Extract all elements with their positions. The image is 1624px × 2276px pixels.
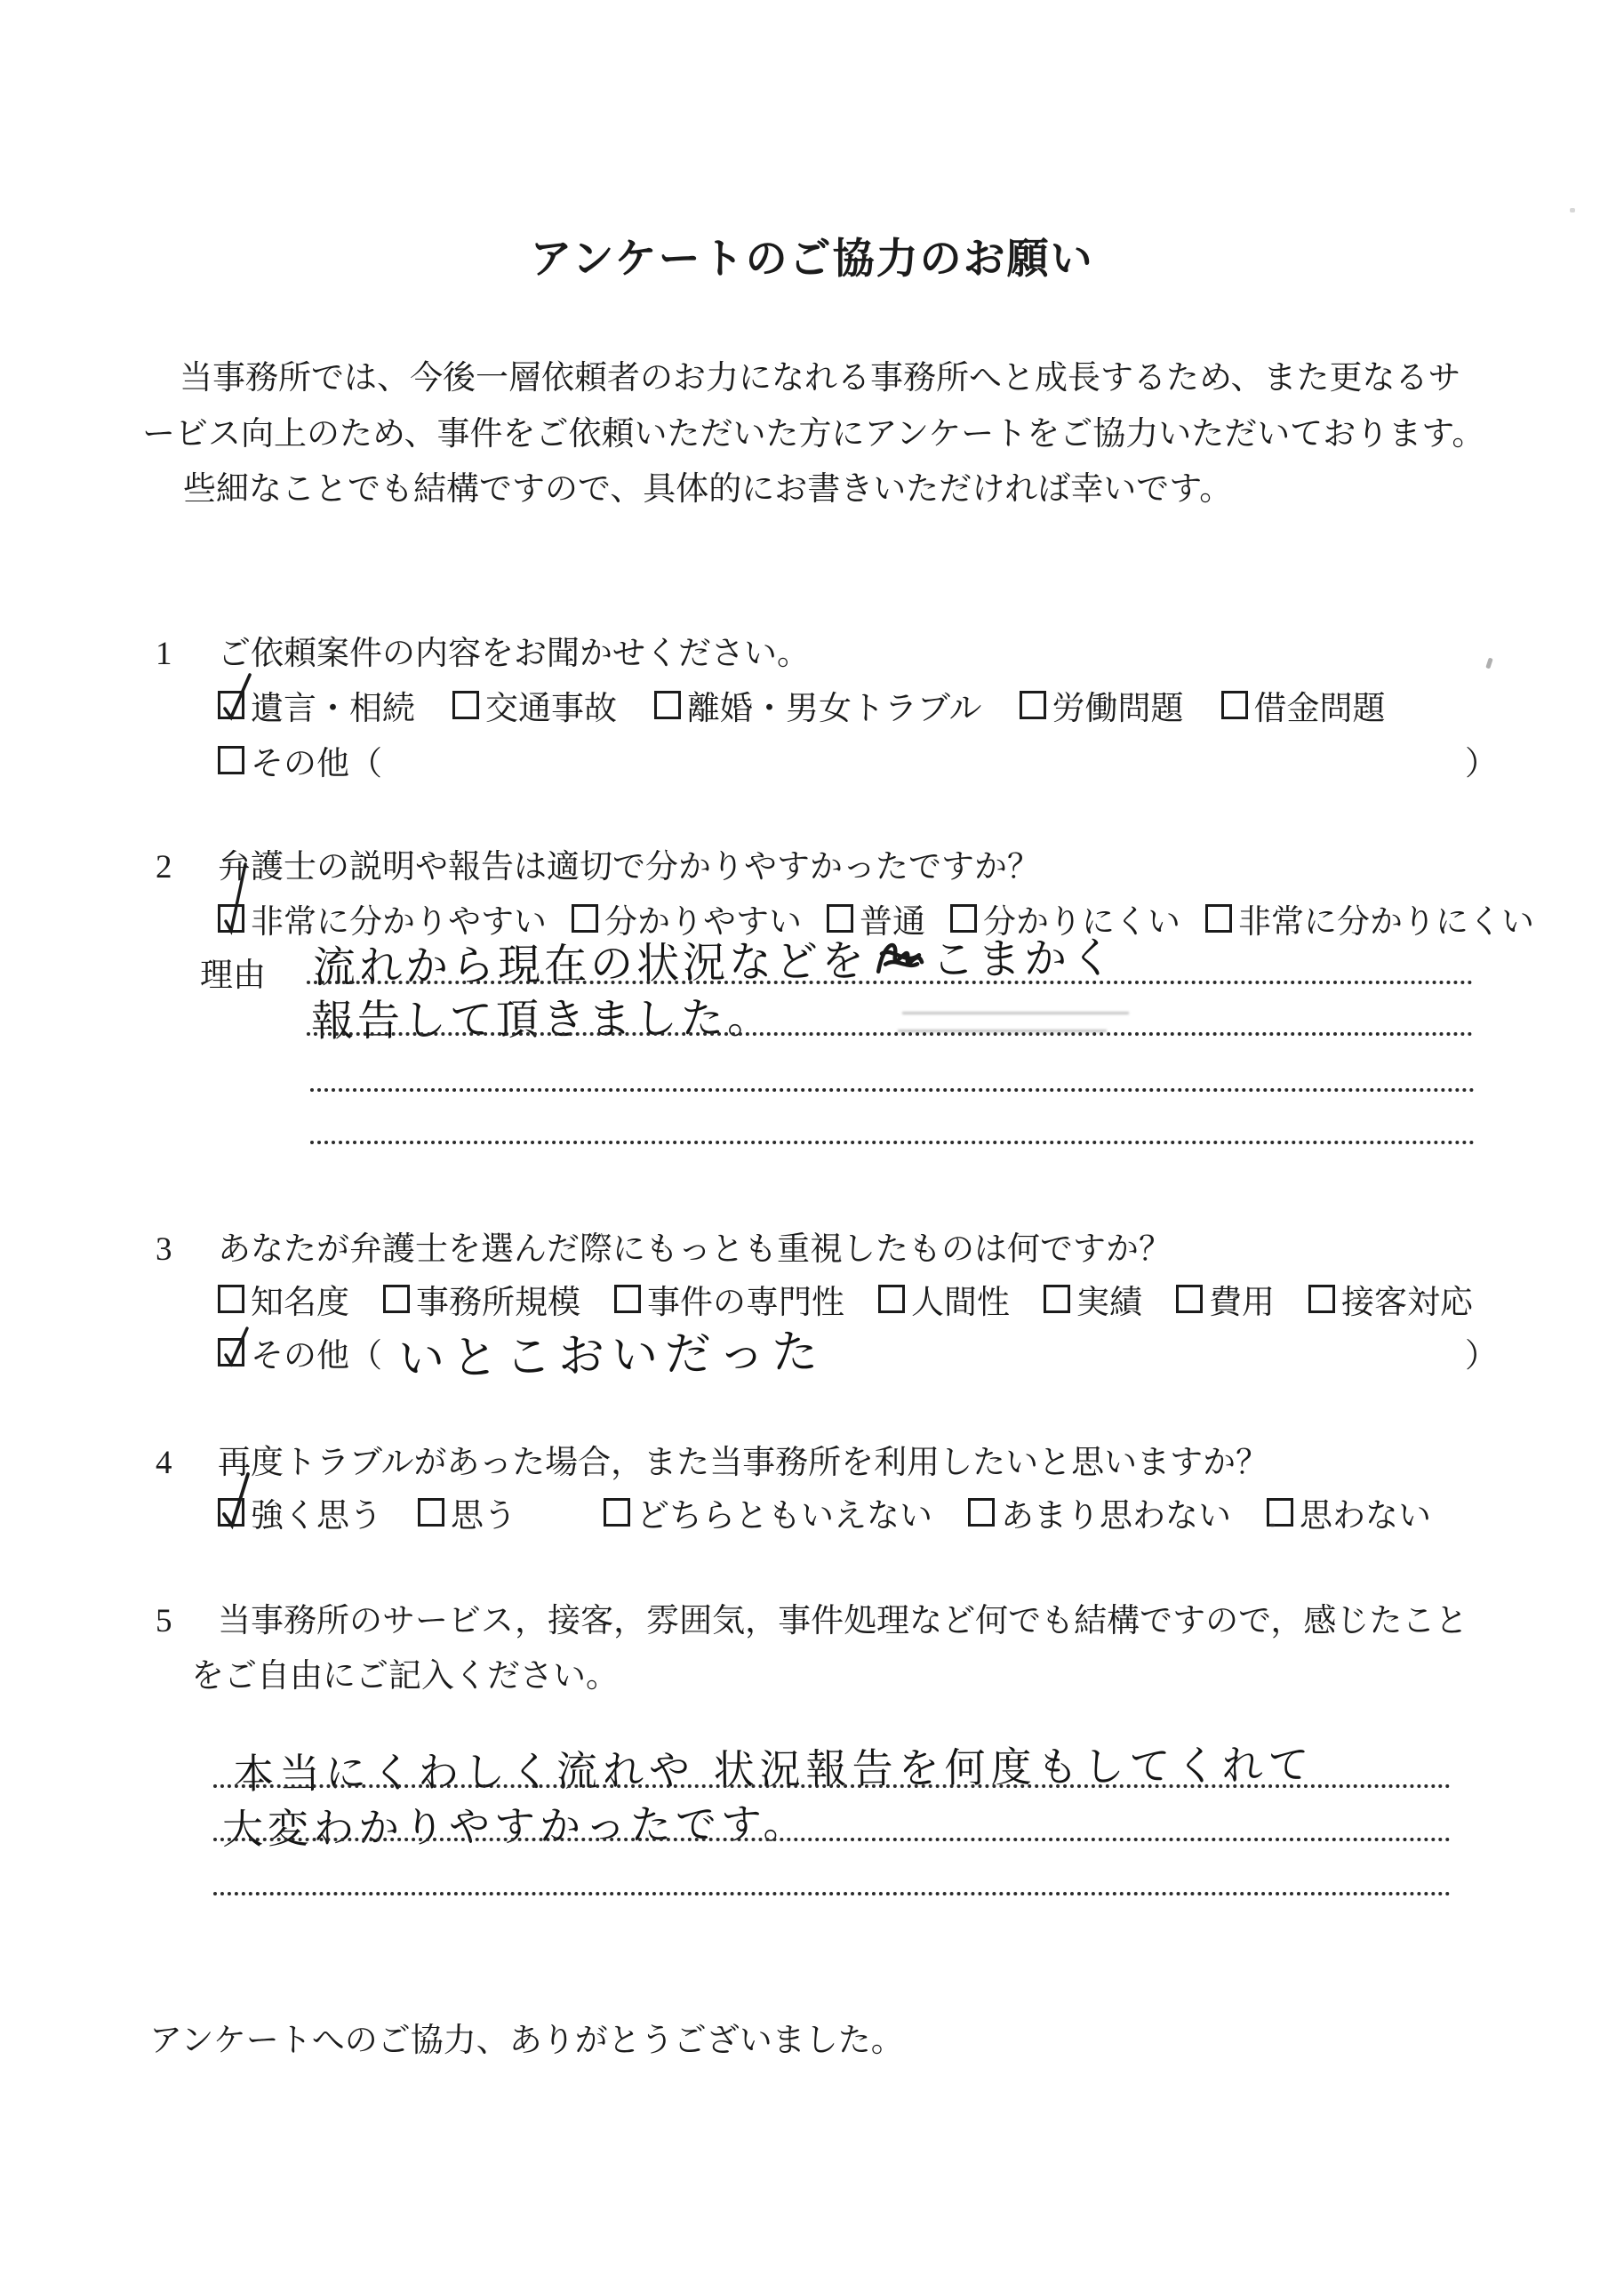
scribble-mark [871,934,929,982]
question-1-text: ご依頼案件の内容をお聞かせください。 [218,636,810,672]
option-label: 接客対応 [1341,1275,1473,1323]
option-item: 非常に分かりにくい [1205,894,1534,942]
checkbox-icon [1205,904,1232,933]
option-label: 思う [451,1488,516,1536]
question-5-number: 5 [156,1602,218,1640]
handwritten-check-icon [220,1501,247,1529]
option-label: 借金問題 [1254,681,1386,729]
checkbox-icon [1221,691,1248,719]
option-item: どちらともいえない [604,1488,932,1536]
answer-line [213,1838,1451,1841]
erased-pencil-smudge [902,1012,1129,1014]
checkbox-icon [968,1498,995,1527]
checkbox-icon [418,1498,444,1527]
handwritten-check-icon [220,907,247,935]
question-2-text: 弁護士の説明や報告は適切で分かりやすかったですか？ [218,849,1040,886]
checkbox-icon [1308,1285,1335,1313]
checkbox-icon [218,691,244,719]
option-label: 労働問題 [1052,681,1184,729]
checkbox-icon [218,1338,244,1366]
option-label: 知名度 [251,1275,349,1323]
question-1-options: 遺言・相続 交通事故 離婚・男女トラブル 労働問題 借金問題 [218,681,1386,729]
checkbox-icon [614,1285,641,1313]
handwritten-answer-q2-line2: 報告して頂きました。 [311,983,773,1048]
option-label: 交通事故 [485,681,617,729]
answer-line [213,1784,1451,1788]
other-close-paren: ） [1465,1328,1498,1376]
option-label: 離婚・男女トラブル [687,681,982,729]
intro-line-3: 些細なことでも結構ですので、具体的にお書きいただければ幸いです。 [183,461,1232,509]
option-item: 事務所規模 [383,1275,580,1323]
question-2: 2弁護士の説明や報告は適切で分かりやすかったですか？ [156,839,1040,887]
question-1: 1ご依頼案件の内容をお聞かせください。 [156,626,810,674]
reason-label: 理由 [200,948,266,996]
option-item: 離婚・男女トラブル [654,681,982,729]
checkbox-icon [654,691,681,719]
option-label: 強く思う [251,1488,382,1536]
option-label: 非常に分かりにくい [1238,894,1534,942]
question-2-number: 2 [156,848,218,886]
question-4: 4再度トラブルがあった場合，また当事務所を利用したいと思いますか？ [156,1435,1268,1483]
checkbox-icon [218,746,244,774]
other-label: その他（ [251,736,382,784]
handwritten-check-icon [220,1341,247,1369]
option-label: どちらともいえない [636,1488,932,1536]
checkbox-icon [572,904,598,933]
checkbox-icon [452,691,479,719]
scanned-survey-document: アンケートのご協力のお願い 当事務所では、今後一層依頼者のお力になれる事務所へと… [0,0,1624,2276]
option-label: 人間性 [911,1275,1010,1323]
handwritten-answer-q5-line1: 本当にくわしく流れや 状況報告を何度もしてくれて [233,1733,1315,1801]
option-label: 事務所規模 [416,1275,580,1323]
option-item-other: その他（ [218,1328,382,1376]
checkbox-icon [604,1498,630,1527]
question-5-text-line2: をご自由にご記入ください。 [191,1648,619,1696]
checkbox-icon [218,904,244,933]
question-4-number: 4 [156,1444,218,1482]
scan-speck [1570,208,1575,212]
answer-line [307,1032,1473,1036]
option-item: 接客対応 [1308,1275,1473,1323]
question-1-number: 1 [156,635,218,673]
handwritten-answer-q5-line2: 大変わかりやすかったです。 [222,1791,809,1856]
intro-line-2: ービス向上のため、事件をご依頼いただいた方にアンケートをご協力いただいております… [142,406,1484,454]
option-label: 遺言・相続 [251,681,415,729]
erased-pencil-smudge [898,1030,1107,1032]
option-item-other: その他（ [218,736,382,784]
question-4-text: 再度トラブルがあった場合，また当事務所を利用したいと思いますか？ [218,1445,1268,1481]
scan-speck [1485,658,1492,669]
other-close-paren: ） [1465,736,1498,784]
answer-line [213,1892,1451,1895]
option-item: 借金問題 [1221,681,1386,729]
option-item: 強く思う [218,1488,382,1536]
other-label: その他（ [251,1328,382,1376]
option-label: 思わない [1300,1488,1431,1536]
option-item: 交通事故 [452,681,617,729]
option-label: 実績 [1076,1275,1142,1323]
option-item: 労働問題 [1020,681,1184,729]
thank-you-note: アンケートへのご協力、ありがとうございました。 [149,2013,904,2061]
option-label: あまり思わない [1001,1488,1231,1536]
option-item: 知名度 [218,1275,349,1323]
checkbox-icon [1176,1285,1203,1313]
question-3: 3あなたが弁護士を選んだ際にもっとも重視したものは何ですか？ [156,1222,1172,1270]
option-item: 思う [418,1488,516,1536]
intro-line-1: 当事務所では、今後一層依頼者のお力になれる事務所へと成長するため、また更なるサ [180,350,1461,398]
handwritten-answer-q3-other: いとこおいだった [397,1314,825,1388]
question-5-text-line1: 当事務所のサービス，接客，雰囲気，事件処理など何でも結構ですので，感じたこと [218,1603,1468,1639]
option-item: 費用 [1176,1275,1275,1323]
option-item: あまり思わない [968,1488,1231,1536]
question-5: 5当事務所のサービス，接客，雰囲気，事件処理など何でも結構ですので，感じたこと [156,1593,1468,1641]
question-3-number: 3 [156,1230,218,1269]
question-1-other-row: その他（ [218,736,382,784]
question-3-other-row: その他（ [218,1328,382,1376]
checkbox-icon [218,1285,244,1313]
answer-line [310,1088,1475,1092]
option-item: 思わない [1267,1488,1431,1536]
option-item: 実績 [1044,1275,1142,1323]
question-3-options: 知名度 事務所規模 事件の専門性 人間性 実績 [218,1275,1473,1323]
answer-line [310,1141,1475,1144]
question-3-text: あなたが弁護士を選んだ際にもっとも重視したものは何ですか？ [218,1231,1172,1268]
checkbox-icon [1020,691,1046,719]
question-4-options: 強く思う 思う どちらともいえない あまり思わない 思わない [218,1488,1431,1536]
checkbox-icon [218,1498,244,1527]
handwritten-check-icon [220,693,247,722]
option-item: 遺言・相続 [218,681,415,729]
option-item: 人間性 [878,1275,1010,1323]
scan-speck [1270,1523,1275,1527]
option-label: 費用 [1209,1275,1275,1323]
answer-line [307,981,1473,984]
checkbox-icon [383,1285,410,1313]
checkbox-icon [878,1285,905,1313]
page-title: アンケートのご協力のお願い [0,226,1624,285]
checkbox-icon [1044,1285,1070,1313]
